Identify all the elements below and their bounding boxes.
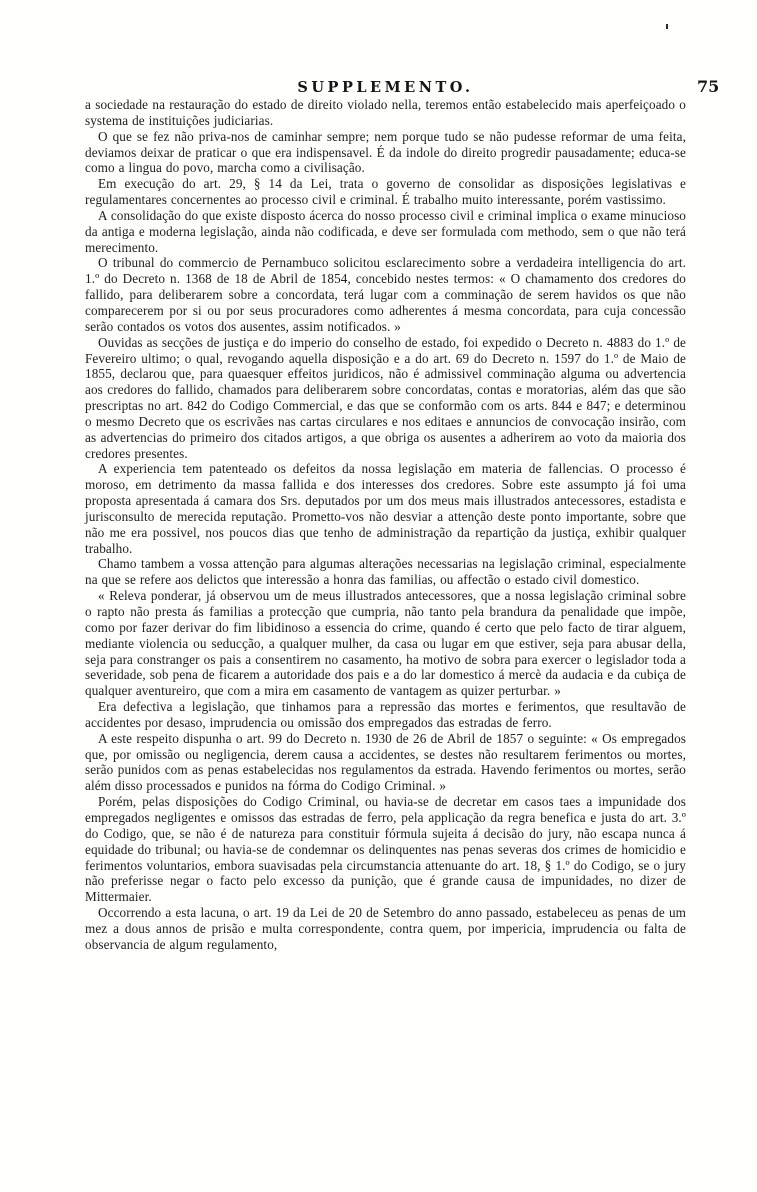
paragraph: A consolidação do que existe disposto ác… [85,208,686,256]
paragraph: Em execução do art. 29, § 14 da Lei, tra… [85,176,686,208]
page-number: 75 [697,77,719,96]
paragraph: Era defectiva a legislação, que tinhamos… [85,699,686,731]
paragraph: A experiencia tem patenteado os defeitos… [85,461,686,556]
paragraph: Ouvidas as secções de justiça e do imper… [85,335,686,462]
paragraph: Chamo tambem a vossa attenção para algum… [85,556,686,588]
scan-artifact-dot [666,24,668,29]
paragraph: Porém, pelas disposições do Codigo Crimi… [85,794,686,905]
paragraph: a sociedade na restauração do estado de … [85,97,686,129]
paragraph: O que se fez não priva-nos de caminhar s… [85,129,686,177]
paragraph: « Releva ponderar, já observou um de meu… [85,588,686,699]
paragraph: Occorrendo a esta lacuna, o art. 19 da L… [85,905,686,953]
document-body: a sociedade na restauração do estado de … [85,97,686,953]
page-header: SUPPLEMENTO. 75 [85,79,686,97]
page-title: SUPPLEMENTO. [85,79,686,96]
paragraph: O tribunal do commercio de Pernambuco so… [85,255,686,334]
document-page: SUPPLEMENTO. 75 a sociedade na restauraç… [0,0,757,1192]
paragraph: A este respeito dispunha o art. 99 do De… [85,731,686,794]
